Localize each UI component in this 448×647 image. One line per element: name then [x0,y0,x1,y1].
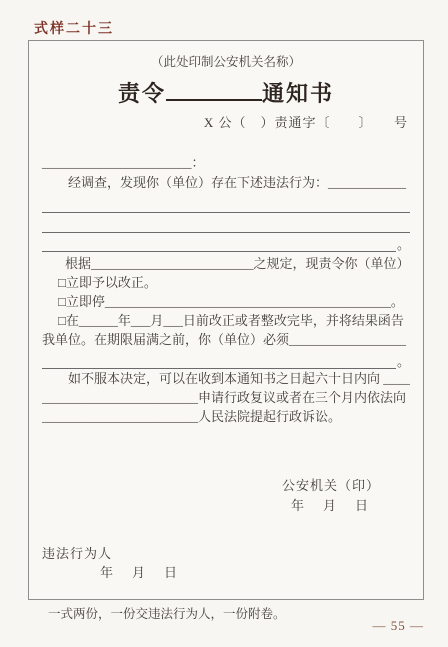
deadline-paragraph: 我单位。在期限届满之前，你（单位）必须__________________ [42,330,410,349]
legal-basis-paragraph: 根据_________________________之规定，现责令你（单位） [42,254,410,273]
appeal-paragraph-line-2: ________________________申请行政复议或者在三个月内依法向 [42,388,410,407]
investigation-paragraph: 经调查，发现你（单位）存在下述违法行为：____________ [42,173,410,192]
appeal-paragraph-line-1: 如不服本决定，可以在收到本通知书之日起六十日内向 ______ [42,369,410,388]
copies-note: 一式两份，一份交违法行为人，一份附卷。 [48,604,286,622]
violator-label: 违法行为人 [42,544,410,563]
page-footer: 一式两份，一份交违法行为人，一份附卷。 — 55 — [0,600,448,640]
page-number: — 55 — [373,618,425,634]
blank-rule [42,191,410,213]
blank-rule-line-2 [42,213,410,233]
agency-date-line: 年 月 日 [282,496,380,516]
notice-title-prefix: 责令 [118,81,166,106]
notice-title-blank [166,79,262,101]
blank-rule [42,348,396,369]
blank-rule-line-4: 。 [42,349,410,369]
checkbox-option-deadline: □在______年___月___日前改正或者整改完毕，并将结果函告 [42,311,410,330]
blank-rule-line-1 [42,192,410,213]
notice-title-suffix: 通知书 [262,81,334,106]
document-page: 式样二十三 （此处印制公安机关名称） 责令通知书 X 公（ ）责通字〔 〕 号 … [0,0,448,647]
appeal-paragraph-line-3: ________________________人民法院提起行政诉讼。 [42,407,410,426]
form-style-label: 式样二十三 [34,18,114,38]
agency-seal-line: 公安机关（印） [282,476,380,496]
agency-signature-block: 公安机关（印） 年 月 日 [42,476,410,516]
blank-rule [42,232,396,252]
violator-date-line: 年 月 日 [42,563,410,582]
agency-signature-inner: 公安机关（印） 年 月 日 [282,476,380,516]
org-name-placeholder: （此处印制公安机关名称） [42,53,410,71]
checkbox-option-correct: □立即予以改正。 [42,273,410,292]
addressee-line: _______________________： [42,153,410,173]
blank-rule [42,212,410,233]
doc-number-line: X 公（ ）责通字〔 〕 号 [42,113,410,133]
period-mark: 。 [396,355,410,369]
notice-title: 责令通知书 [42,79,410,109]
notice-form-box: （此处印制公安机关名称） 责令通知书 X 公（ ）责通字〔 〕 号 ______… [28,40,424,600]
period-mark: 。 [396,238,410,252]
blank-rule-line-3: 。 [42,233,410,252]
checkbox-option-stop: □立即停____________________________________… [42,292,410,311]
